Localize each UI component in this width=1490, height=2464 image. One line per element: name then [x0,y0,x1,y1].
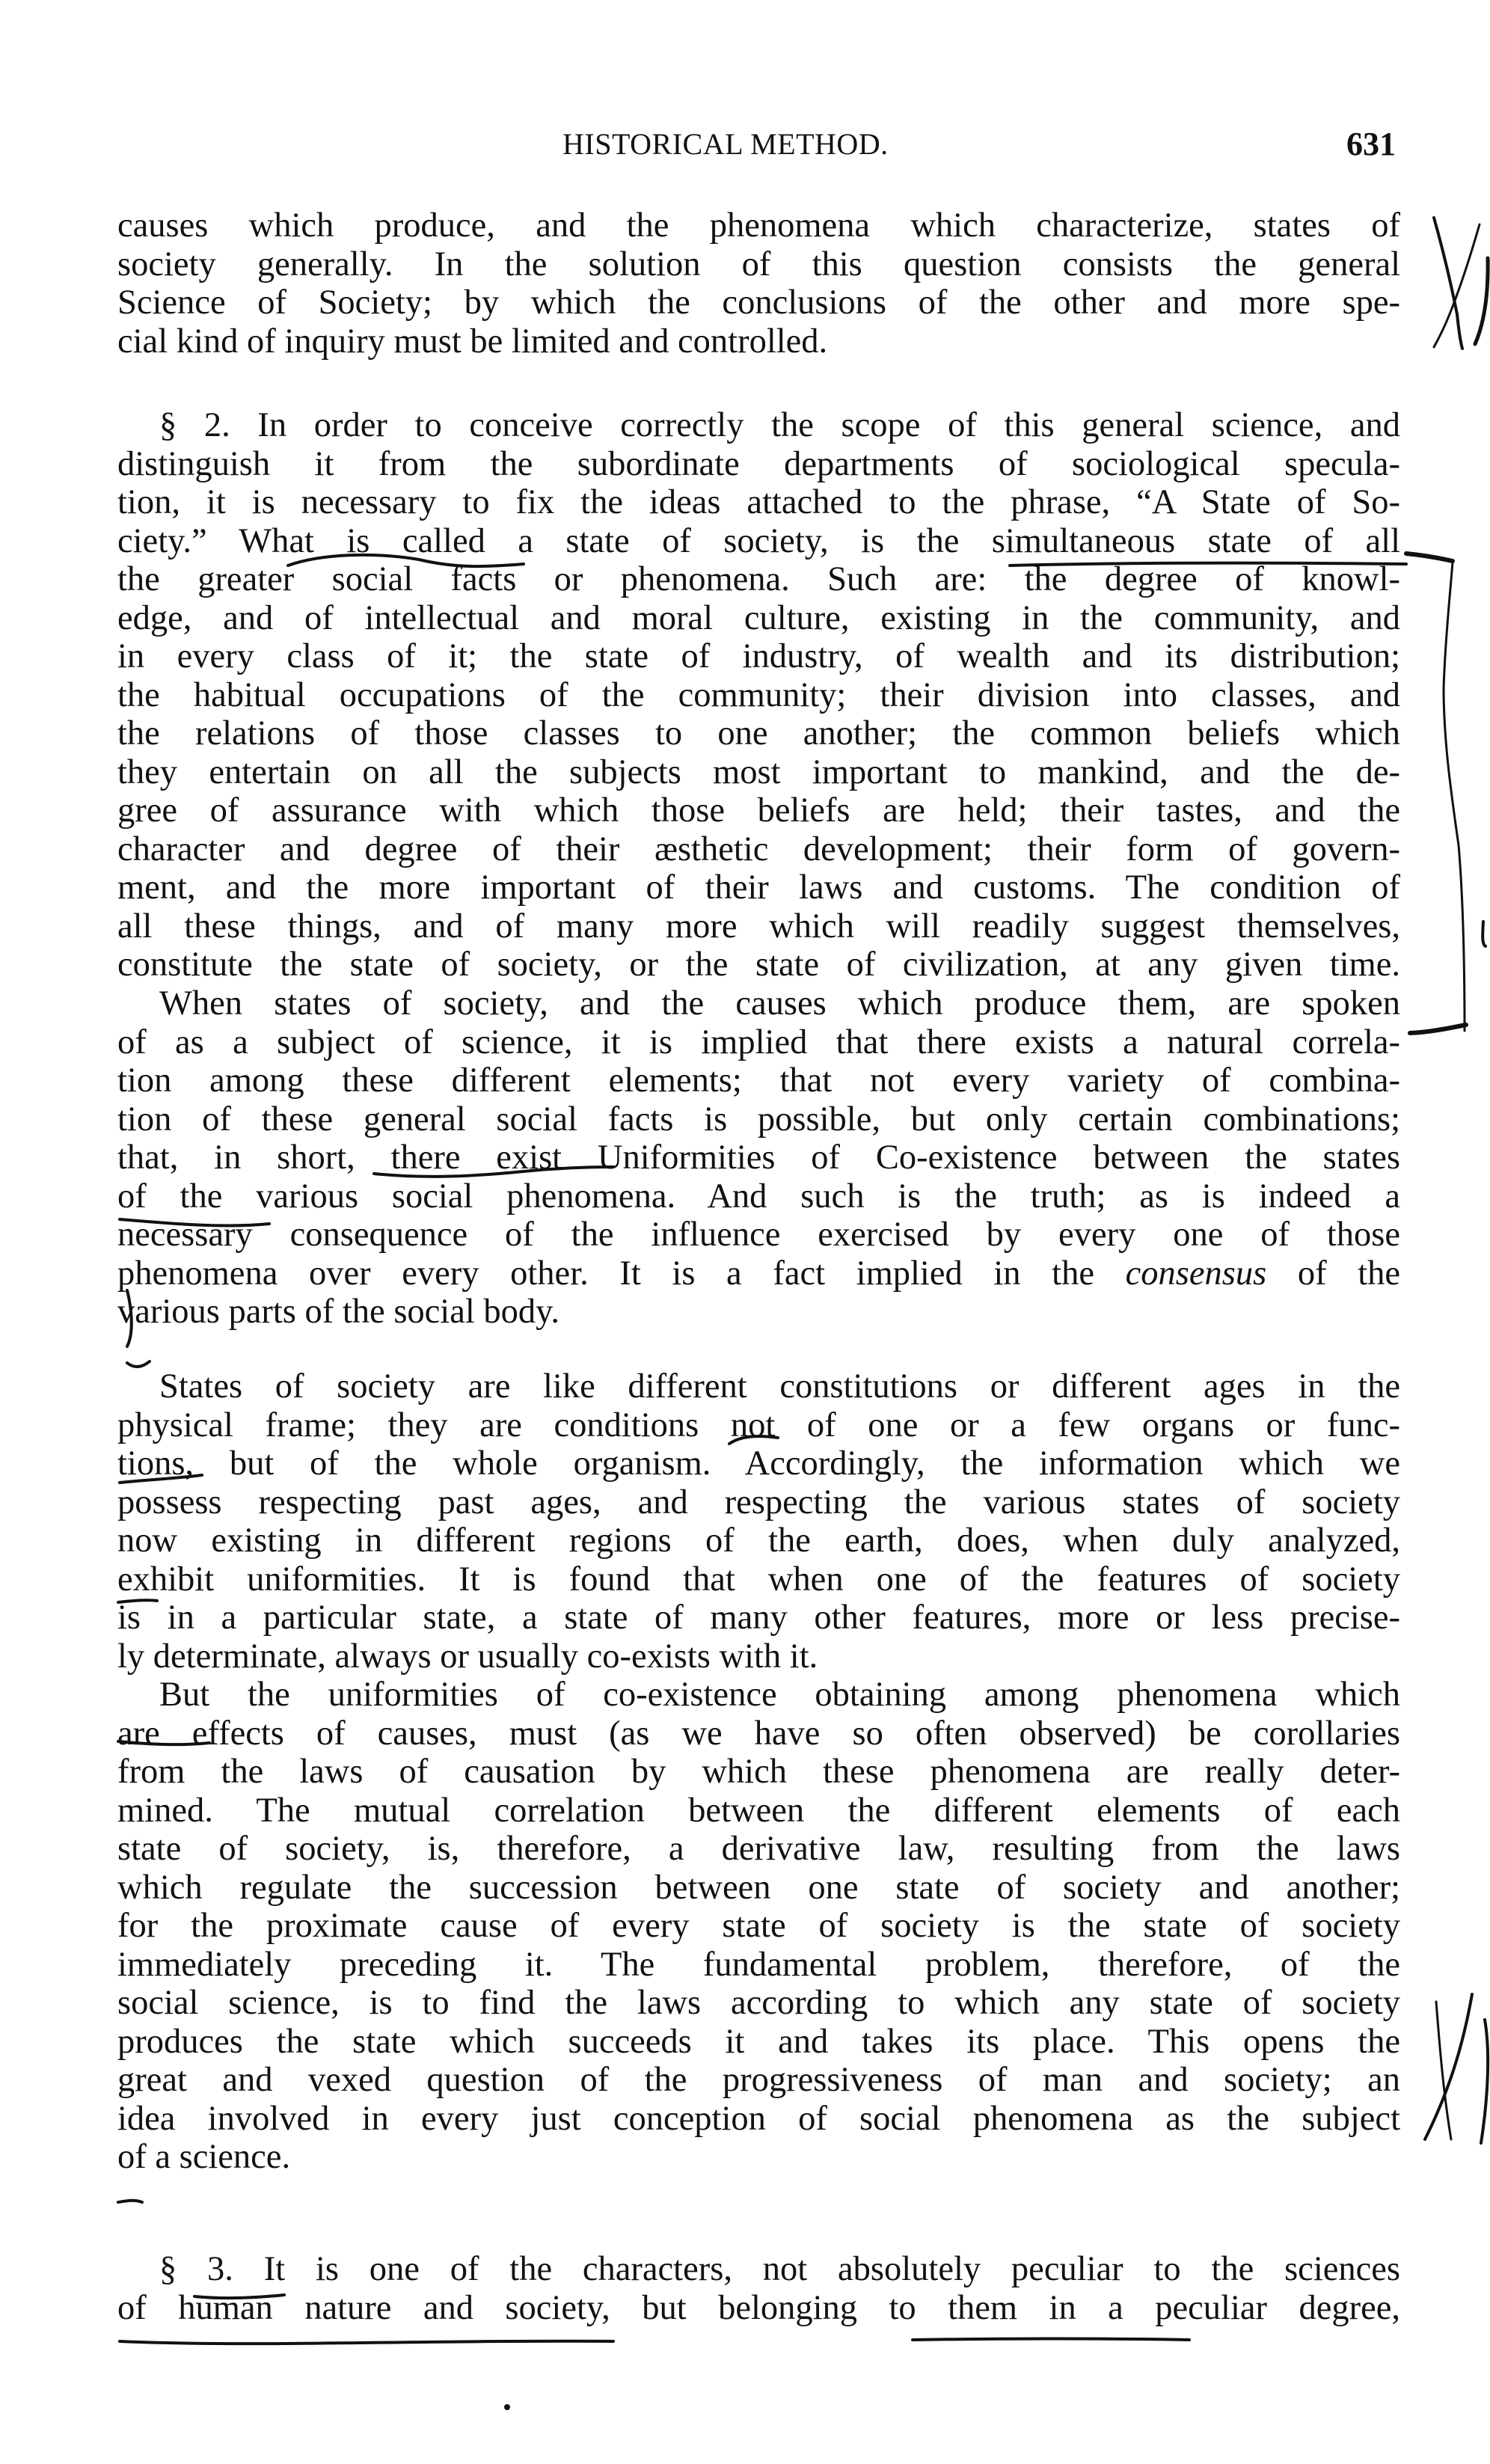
text-line: necessary consequence of the influence e… [117,1216,1400,1254]
text-line: now existing in different regions of the… [117,1521,1400,1560]
paragraph-continued: causes which produce, and the phenomena … [117,206,1400,361]
text-line: great and vexed question of the progress… [117,2061,1400,2100]
running-title: HISTORICAL METHOD. [562,126,889,163]
section-heading-line: § 2. In order to conceive correctly the … [117,406,1400,445]
text-line: in every class of it; the state of indus… [117,637,1400,676]
scanned-book-page: HISTORICAL METHOD. 631 causes which prod… [0,0,1490,2464]
text-segment: phenomena over every other. It is a fact… [117,1254,1094,1293]
text-line: all these things, and of many more which… [117,907,1400,946]
paragraph-but-uniformities: But the uniformities of co-existence obt… [117,1676,1400,2177]
text-line: causes which produce, and the phenomena … [117,206,1400,245]
text-line: ment, and the more important of their la… [117,868,1400,907]
text-line: of a science. [117,2138,1400,2177]
text-segment: of the [1298,1254,1400,1293]
text-line: tion among these different elements; tha… [117,1061,1400,1100]
text-line: is in a particular state, a state of man… [117,1599,1400,1637]
text-line: mined. The mutual correlation between th… [117,1792,1400,1830]
text-line: produces the state which succeeds it and… [117,2023,1400,2062]
text-line: ly determinate, always or usually co-exi… [117,1637,1400,1676]
text-line-with-italic: phenomena over every other. It is a fact… [117,1254,1400,1293]
text-line: tions, but of the whole organism. Accord… [117,1444,1400,1483]
text-line: they entertain on all the subjects most … [117,753,1400,792]
text-line: edge, and of intellectual and moral cult… [117,599,1400,638]
text-line: of human nature and society, but belongi… [117,2289,1400,2328]
paragraph-states-of-society: States of society are like different con… [117,1367,1400,1676]
text-line: that, in short, there exist Uniformities… [117,1138,1400,1177]
text-line: gree of assurance with which those belie… [117,791,1400,830]
section-heading-line: § 3. It is one of the characters, not ab… [117,2250,1400,2289]
text-line: When states of society, and the causes w… [117,984,1400,1023]
text-line: cial kind of inquiry must be limited and… [117,322,1400,361]
text-line: States of society are like different con… [117,1367,1400,1406]
text-line: ciety.” What is called a state of societ… [117,522,1400,561]
paragraph-when-states: When states of society, and the causes w… [117,984,1400,1331]
paragraph-section-3: § 3. It is one of the characters, not ab… [117,2250,1400,2327]
text-line: for the proximate cause of every state o… [117,1907,1400,1946]
page-number: 631 [1346,126,1396,163]
text-line: tion of these general social facts is po… [117,1100,1400,1139]
text-line: the habitual occupations of the communit… [117,676,1400,715]
text-line: possess respecting past ages, and respec… [117,1483,1400,1522]
text-line: are effects of causes, must (as we have … [117,1714,1400,1753]
text-line: exhibit uniformities. It is found that w… [117,1560,1400,1599]
text-line: which regulate the succession between on… [117,1869,1400,1907]
text-line: from the laws of causation by which thes… [117,1753,1400,1792]
text-line: the relations of those classes to one an… [117,714,1400,753]
margin-x-mark-icon [1425,1994,1488,2143]
margin-bracket-icon [1406,554,1486,1033]
text-line: social science, is to find the laws acco… [117,1984,1400,2023]
stray-dot [504,2404,510,2410]
text-line: tion, it is necessary to fix the ideas a… [117,483,1400,522]
text-line: state of society, is, therefore, a deriv… [117,1830,1400,1869]
text-line: physical frame; they are conditions not … [117,1406,1400,1445]
text-line: of as a subject of science, it is implie… [117,1023,1400,1062]
text-line: the greater social facts or phenomena. S… [117,560,1400,599]
text-line: society generally. In the solution of th… [117,245,1400,284]
margin-x-mark-icon [1434,218,1488,349]
text-line: idea involved in every just conception o… [117,2100,1400,2139]
paragraph-section-2: § 2. In order to conceive correctly the … [117,406,1400,984]
running-head: HISTORICAL METHOD. 631 [0,126,1490,163]
text-line: character and degree of their æsthetic d… [117,830,1400,869]
text-line: But the uniformities of co-existence obt… [117,1676,1400,1714]
italic-term: consensus [1126,1254,1267,1293]
text-line: Science of Society; by which the conclus… [117,284,1400,322]
text-line: constitute the state of society, or the … [117,946,1400,984]
text-line: distinguish it from the subordinate depa… [117,445,1400,484]
text-line: various parts of the social body. [117,1293,1400,1331]
text-line: immediately preceding it. The fundamenta… [117,1946,1400,1985]
text-line: of the various social phenomena. And suc… [117,1177,1400,1216]
